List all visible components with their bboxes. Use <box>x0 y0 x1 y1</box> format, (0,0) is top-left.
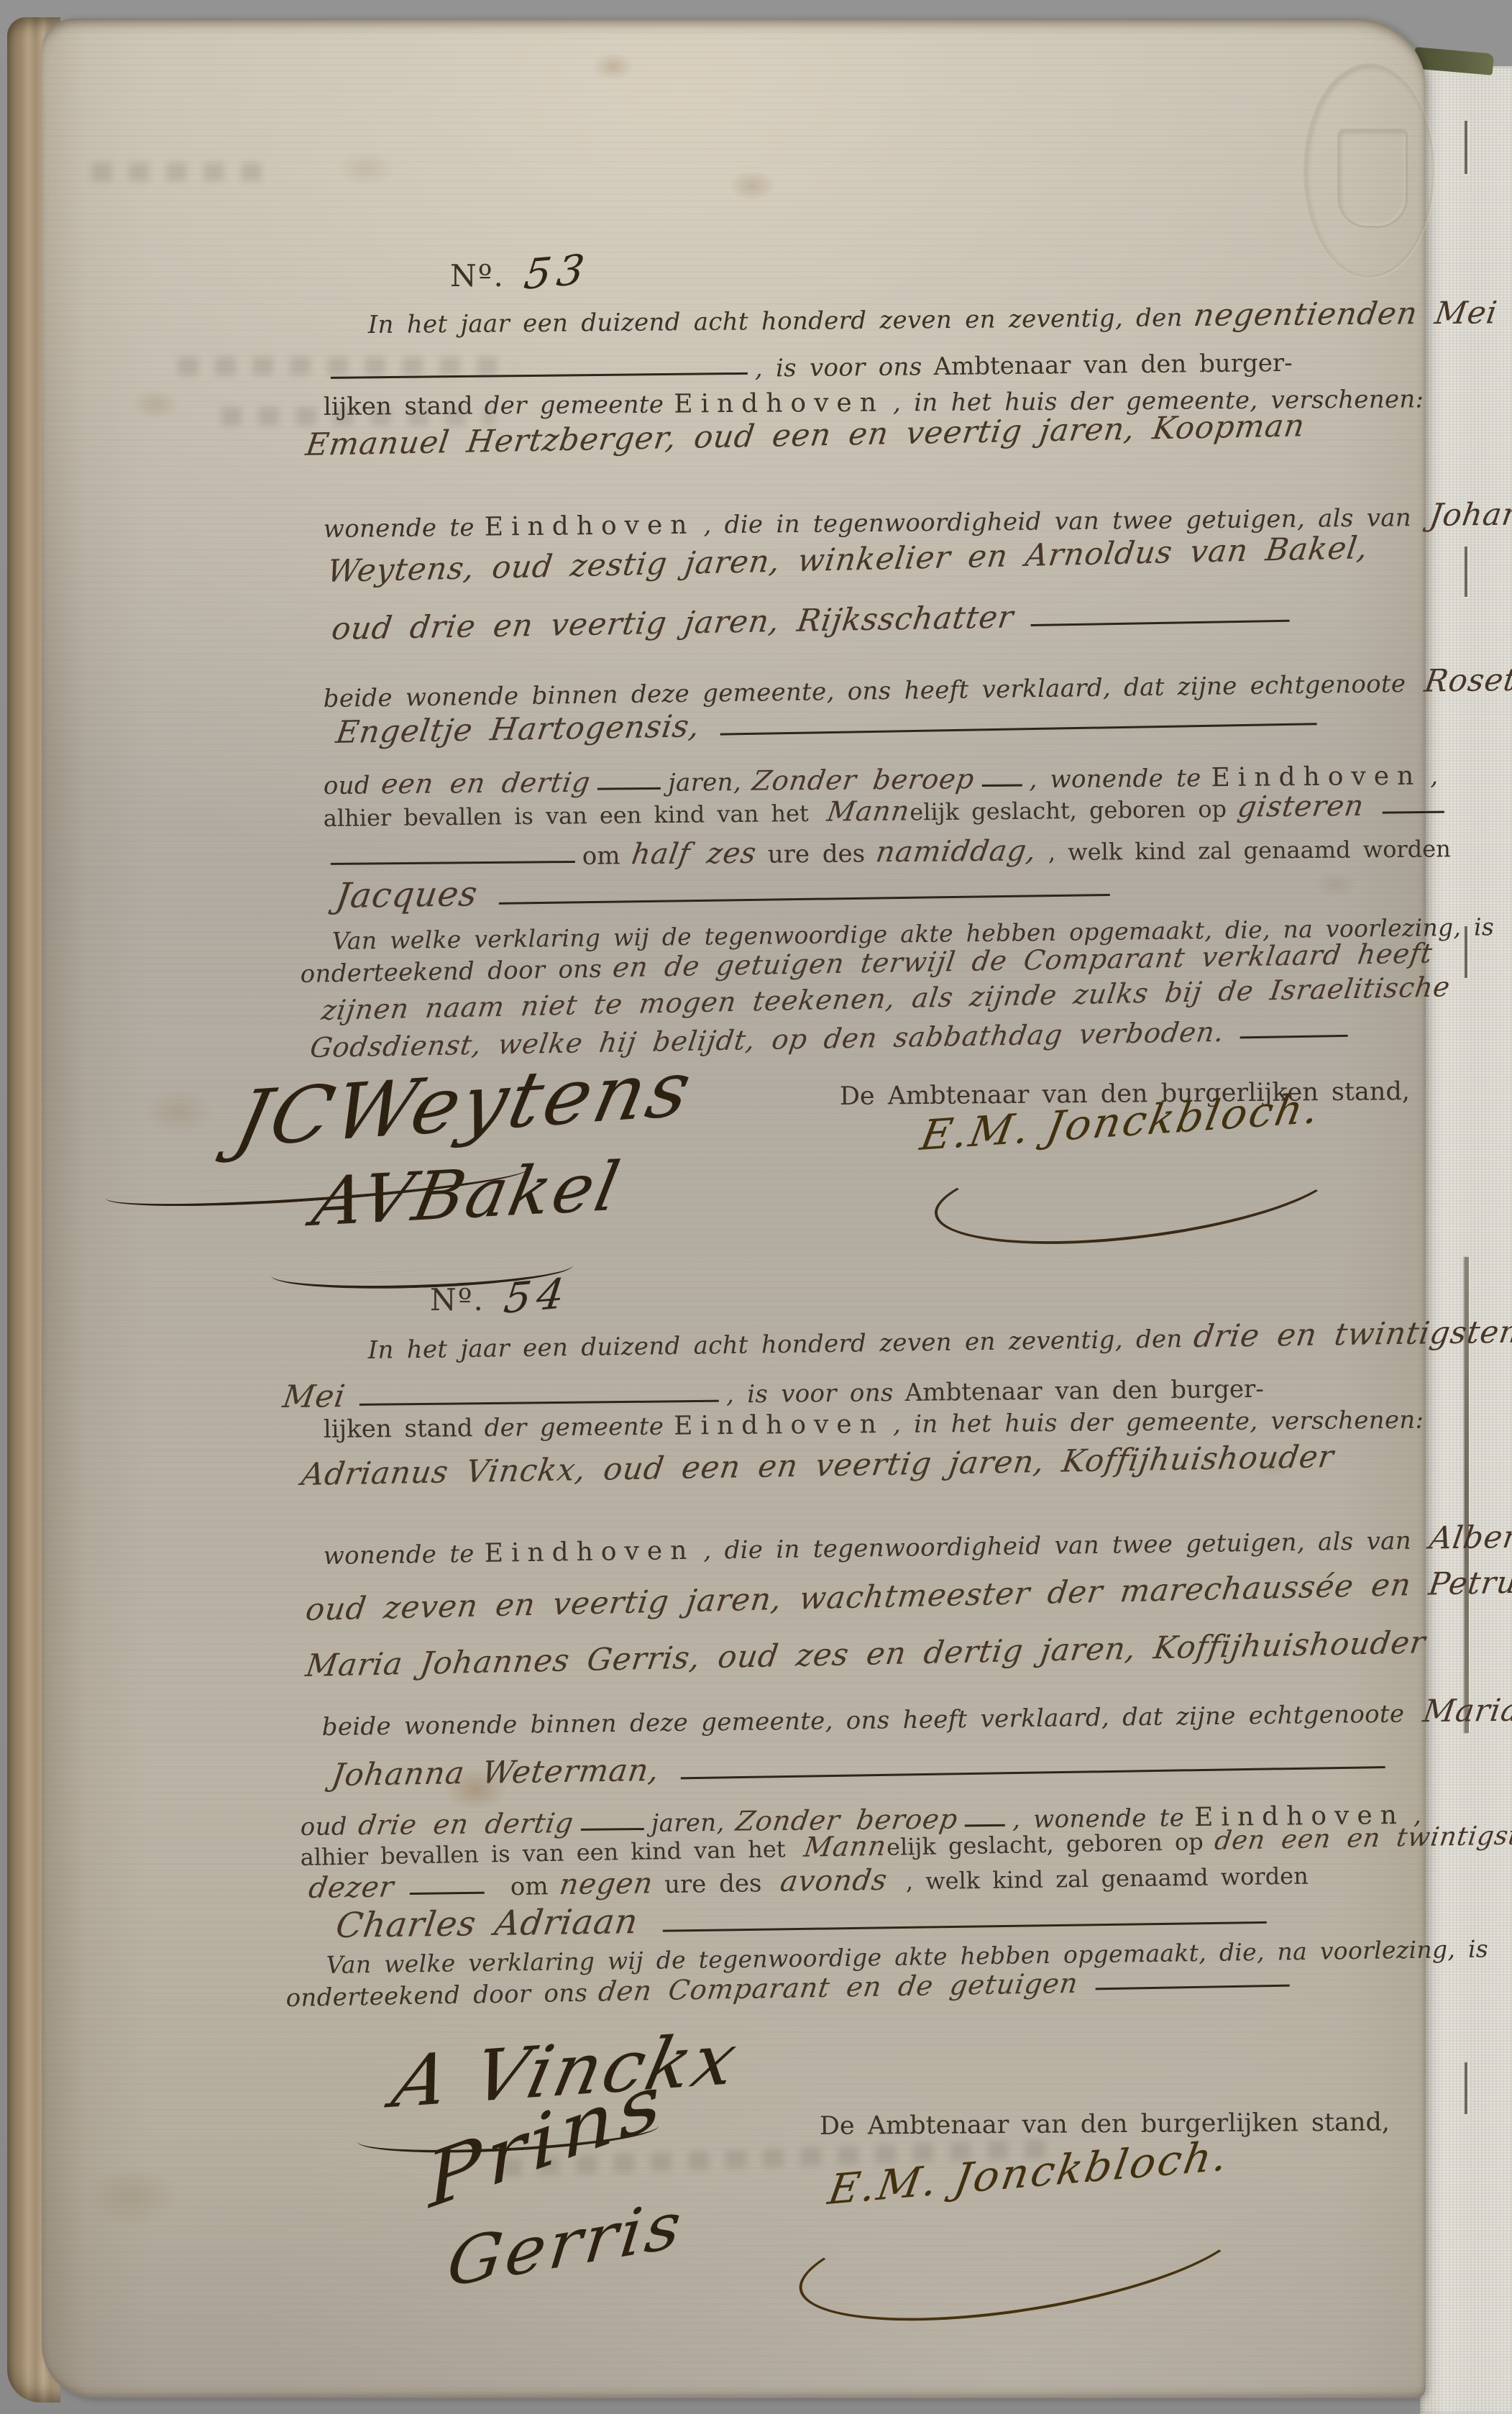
handwritten-mother: Rosette <box>1422 664 1512 698</box>
printed-text: , is voor ons <box>726 1381 894 1407</box>
blank-rule <box>1383 811 1444 814</box>
handwritten-daypart: avonds <box>779 1866 889 1896</box>
printed-text: , is voor ons <box>755 355 922 380</box>
handwritten-declarant: Adrianus Vinckx, oud een en veertig jare… <box>300 1442 1337 1491</box>
embossed-blind-stamp <box>1303 63 1434 278</box>
printed-text: wonende te <box>323 1542 474 1568</box>
handwritten-child-name: Jacques <box>334 877 480 913</box>
printed-city-name: Eindhoven <box>485 513 695 541</box>
printed-text: der gemeente <box>485 393 664 419</box>
printed-text: , in het huis der gemeente, verschenen: <box>893 1408 1424 1437</box>
handwritten-sex: Mann <box>825 797 912 825</box>
blank-rule <box>1031 620 1290 626</box>
handwritten-age: een en dertig <box>380 769 592 798</box>
blank-rule <box>662 1921 1266 1932</box>
printed-text: oud <box>301 1814 347 1839</box>
handwritten-sex: Mann <box>802 1832 889 1861</box>
blank-rule <box>499 894 1110 905</box>
printed-text: , wonende te <box>1029 766 1201 792</box>
printed-text: alhier bevallen is van een kind van het <box>300 1837 785 1869</box>
handwritten-time: negen <box>558 1869 655 1899</box>
act54-declarant-line: Adrianus Vinckx, oud een en veertig jare… <box>301 1442 1334 1491</box>
handwritten-text: den Comparant en de getuigen <box>597 1970 1080 2006</box>
signature-witness1: JCWeytens <box>229 1051 700 1159</box>
handwritten-profession: Zonder beroep <box>751 765 976 795</box>
act54-opening-line: In het jaar een duizend acht honderd zev… <box>367 1317 1512 1364</box>
binding-stitch <box>1465 121 1467 174</box>
act54-officer-line2: lijken stand der gemeente Eindhoven , in… <box>324 1407 1424 1443</box>
handwritten-text: Godsdienst, welke hij belijdt, op den sa… <box>308 1018 1226 1061</box>
blank-rule <box>681 1766 1385 1779</box>
printed-text: , welk kind zal genaamd worden <box>1048 837 1451 864</box>
blank-rule <box>410 1892 485 1895</box>
handwritten-birthdate: gisteren <box>1236 792 1366 822</box>
printed-text: alhier bevallen is van een kind van het <box>324 802 809 830</box>
act54-childname-line: Charles Adriaan <box>336 1896 1273 1943</box>
printed-text: jaren, <box>668 770 741 795</box>
handwritten-text: Engeltje Hartogensis, <box>334 711 702 749</box>
printed-text: , die in tegenwoordigheid van twee getui… <box>703 1529 1411 1563</box>
act54-number: Nº. 54 <box>430 1271 569 1320</box>
printed-text: Ambtenaar van den burger- <box>933 351 1293 379</box>
act54-residence-line: wonende te Eindhoven , die in tegenwoord… <box>323 1521 1512 1570</box>
handwritten-witness: Albert Prins <box>1428 1520 1512 1554</box>
printed-text: der gemeente <box>484 1414 664 1440</box>
act53-childname-line: Jacques <box>336 868 1117 913</box>
printed-text: jaren, <box>651 1811 725 1836</box>
signature-witness2: AVBakel <box>308 1153 626 1237</box>
handwritten-text: Maria Johannes Gerris, oud zes en dertig… <box>304 1627 1428 1682</box>
ink-bleedthrough <box>92 163 265 181</box>
handwritten-text: Johanna Weterman, <box>330 1755 661 1791</box>
blank-rule <box>331 861 575 865</box>
blank-rule <box>359 1400 719 1406</box>
handwritten-text: oud zeven en veertig jaren, wachtmeester… <box>304 1567 1512 1626</box>
blank-rule <box>1096 1985 1290 1990</box>
blank-rule <box>331 372 748 379</box>
handwritten-time: half zes <box>630 839 759 869</box>
act54-witness-line3: Maria Johannes Gerris, oud zes en dertig… <box>306 1627 1426 1682</box>
act53-witness-line3: oud drie en veertig jaren, Rijksschatter <box>331 598 1297 645</box>
printed-text: onderteekend door ons <box>285 1981 587 2011</box>
blank-rule <box>1240 1035 1348 1039</box>
printed-text: beide wonende binnen deze gemeente, ons … <box>322 1702 1405 1739</box>
blank-rule <box>720 723 1316 735</box>
printed-text: , welk kind zal genaamd worden <box>906 1865 1309 1893</box>
printed-text: elijk geslacht, geboren op <box>910 797 1227 824</box>
printed-text: lijken stand <box>324 394 473 419</box>
handwritten-mother: Maria <box>1421 1696 1512 1728</box>
act53-no-label: Nº. <box>450 258 505 293</box>
act54-official-title: De Ambtenaar van den burgerlijken stand, <box>820 2110 1390 2139</box>
handwritten-birthdate: den een en twintigsten <box>1213 1823 1512 1855</box>
handwritten-witness: Johannes <box>1428 499 1512 531</box>
printed-text: om <box>582 843 620 868</box>
printed-text: ure des <box>664 1871 762 1897</box>
act53-time-line: om half zes ure des namiddag, , welk kin… <box>324 833 1451 872</box>
binding-stitch <box>1465 547 1467 597</box>
blank-rule <box>965 1824 1005 1827</box>
printed-text: ure des <box>768 841 866 867</box>
handwritten-child-name: Charles Adriaan <box>334 1904 641 1943</box>
act54-mother-line2: Johanna Weterman, <box>331 1744 1393 1791</box>
act53-number: Nº. 53 <box>450 247 590 296</box>
printed-text: om <box>510 1874 549 1899</box>
printed-text: Ambtenaar van den burger- <box>904 1377 1264 1405</box>
handwritten-daypart: namiddag, <box>874 836 1039 867</box>
printed-city-name: Eindhoven <box>1211 764 1421 792</box>
register-book-photo: Nº. 53 In het jaar een duizend acht hond… <box>0 0 1512 2414</box>
binding-stitch <box>1465 2062 1467 2114</box>
printed-text: In het jaar een duizend acht honderd zev… <box>368 306 1183 337</box>
handwritten-date: negentienden Mei <box>1192 298 1500 332</box>
printed-text: onderteekend door ons <box>300 957 602 987</box>
printed-city-name: Eindhoven <box>674 390 884 418</box>
act54-no-label: Nº. <box>430 1282 485 1317</box>
blank-rule <box>597 787 661 790</box>
act54-no-value: 54 <box>501 1268 573 1323</box>
handwritten-text: oud drie en veertig jaren, Rijksschatter <box>330 602 1016 645</box>
act54-officer-line: Mei , is voor ons Ambtenaar van den burg… <box>283 1372 1264 1413</box>
register-page: Nº. 53 In het jaar een duizend acht hond… <box>42 19 1426 2398</box>
printed-city-name: Eindhoven <box>484 1538 695 1567</box>
printed-text: In het jaar een duizend acht honderd zev… <box>367 1327 1182 1363</box>
printed-text: oud <box>324 773 370 798</box>
handwritten-date: drie en twintigsten <box>1191 1317 1512 1353</box>
blank-rule <box>981 785 1022 787</box>
act54-witness-line2: oud zeven en veertig jaren, wachtmeester… <box>306 1567 1512 1626</box>
printed-text: wonende te <box>324 516 475 541</box>
act53-declaration-line: beide wonende binnen deze gemeente, ons … <box>323 664 1512 713</box>
handwritten-dezer: dezer <box>307 1873 396 1903</box>
printed-text: , <box>1430 764 1438 788</box>
handwritten-month: Mei <box>281 1381 348 1413</box>
printed-text: elijk geslacht, geboren op <box>886 1830 1204 1859</box>
handwritten-age: drie en dertig <box>357 1809 576 1839</box>
act53-opening-line: In het jaar een duizend acht honderd zev… <box>368 298 1498 339</box>
printed-text: De Ambtenaar van den burgerlijken stand, <box>820 2110 1390 2139</box>
printed-text: lijken stand <box>324 1416 473 1442</box>
printed-city-name: Eindhoven <box>674 1412 884 1440</box>
act53-no-value: 53 <box>521 244 593 299</box>
act54-declaration-line: beide wonende binnen deze gemeente, ons … <box>321 1696 1512 1741</box>
signature-witness2: Gerris <box>444 2192 687 2297</box>
blank-rule <box>581 1828 644 1831</box>
